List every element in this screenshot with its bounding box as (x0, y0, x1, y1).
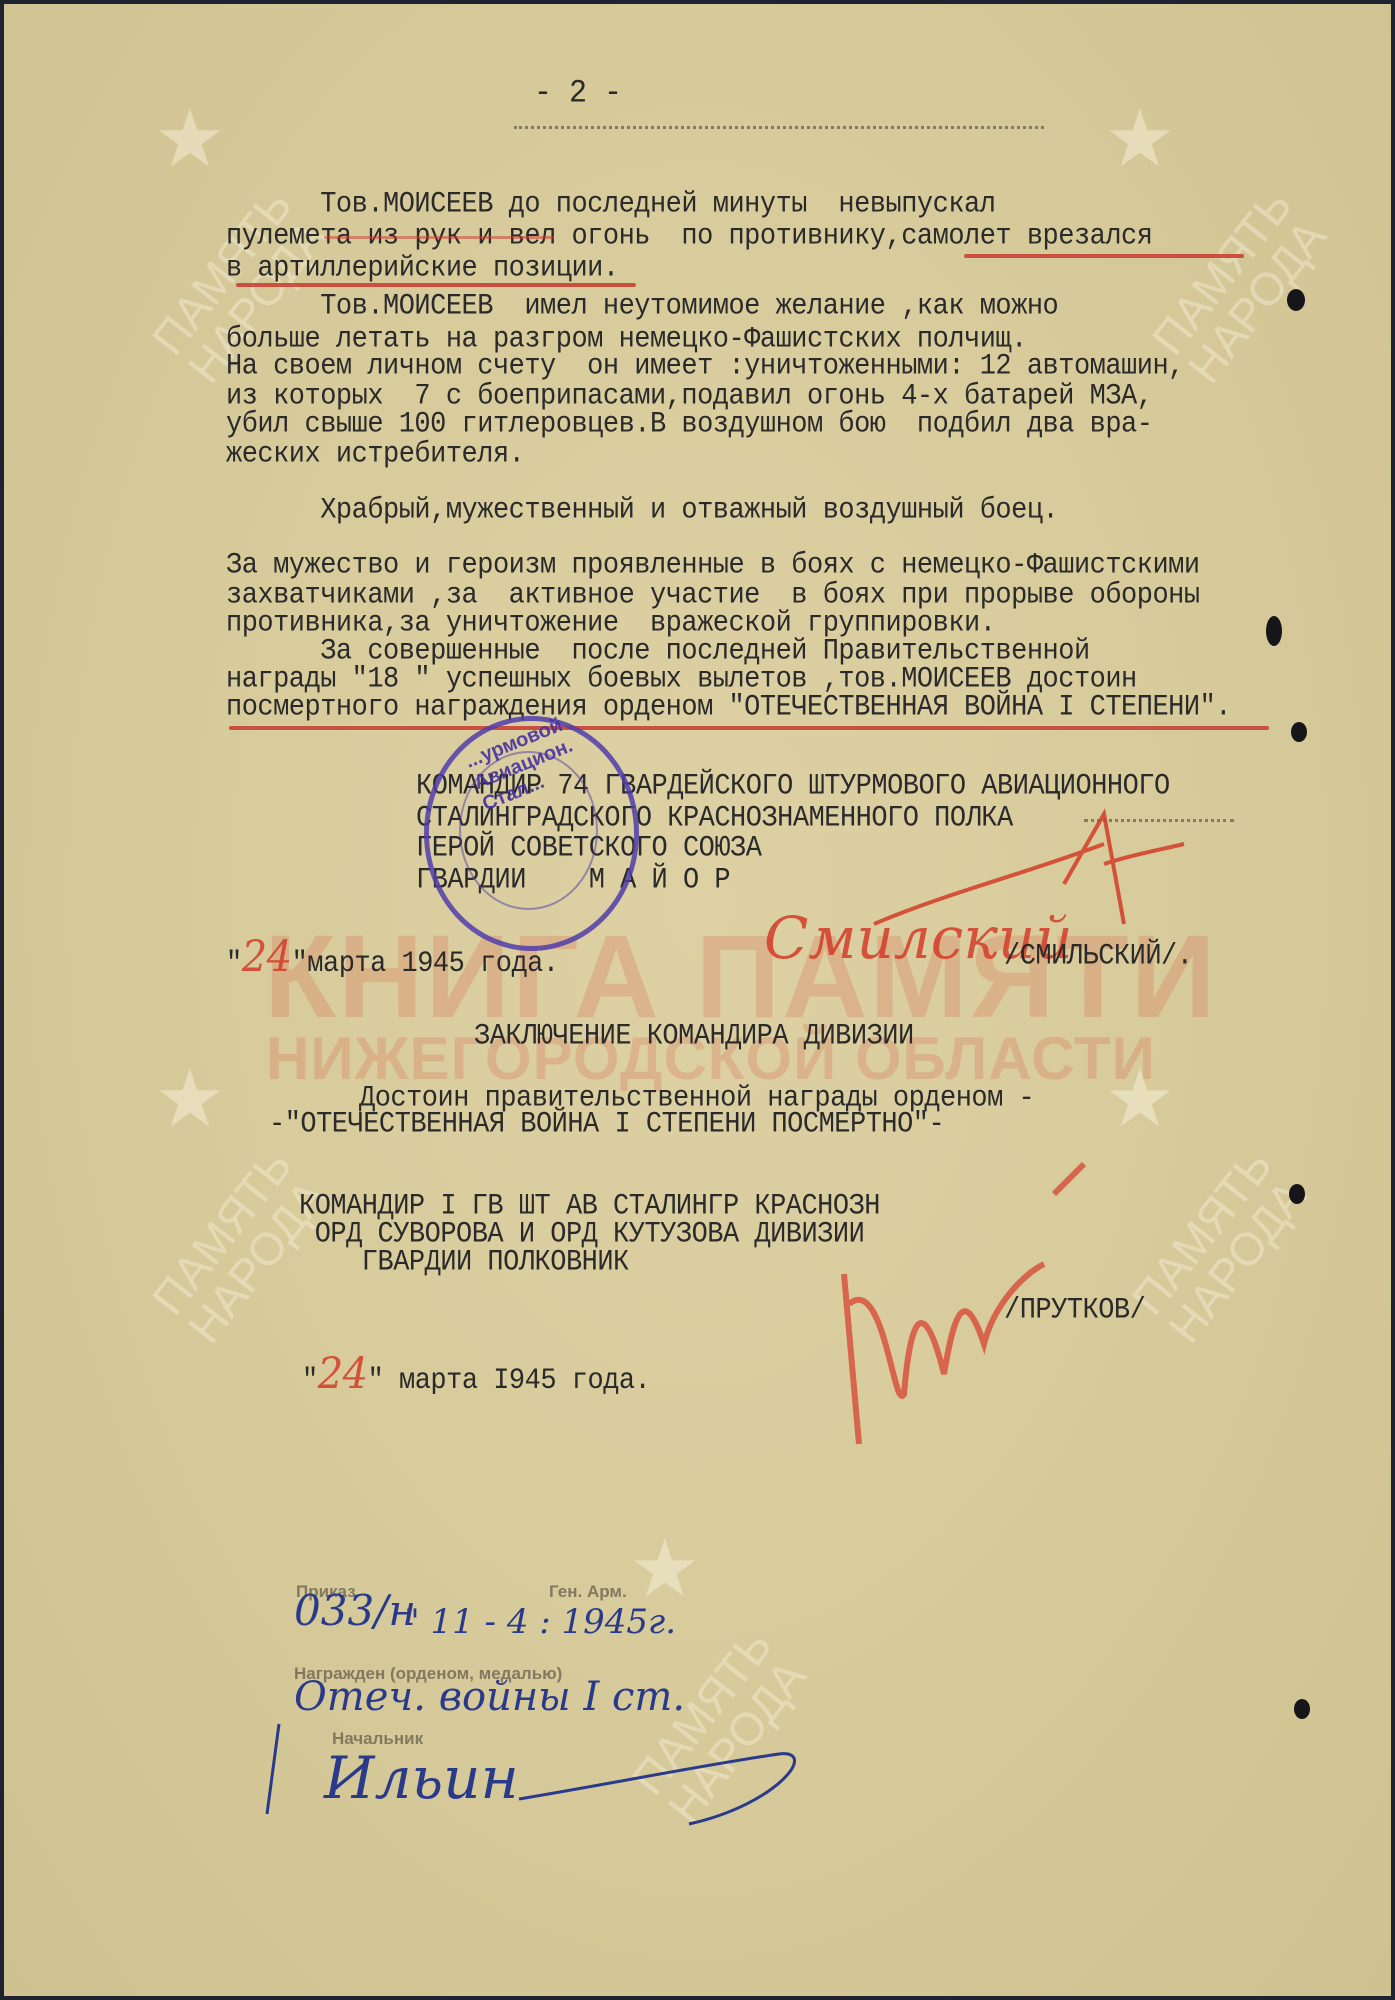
red-signature-stroke (864, 804, 1194, 944)
red-underline (236, 283, 636, 287)
text-line: в артиллерийские позиции. (226, 254, 619, 285)
order-number: 033/н (294, 1586, 416, 1635)
red-underline (964, 254, 1244, 258)
date-quote: " (226, 948, 242, 980)
army-label: Ген. Арм. (549, 1582, 627, 1602)
text-line: убил свыше 100 гитлеровцев.В воздушном б… (226, 410, 1152, 441)
handwritten-day: 24 (242, 932, 292, 982)
division-commander-rank: ГВАРДИИ ПОЛКОВНИК (299, 1248, 629, 1279)
regiment-date: "24"марта 1945 года. (226, 942, 559, 981)
ink-blot (1294, 1699, 1310, 1719)
watermark-pamyat-naroda: ПАМЯТЬ НАРОДА (1124, 1141, 1316, 1350)
regiment-seal: ...урмовой Авиацион. Стал... (424, 716, 639, 951)
division-commander-name: /ПРУТКОВ/ (1004, 1296, 1145, 1327)
date-text: "марта 1945 года. (292, 948, 559, 980)
red-underline (324, 236, 554, 239)
dotted-rule (514, 126, 1044, 129)
ink-blot (1287, 289, 1305, 311)
star-watermark-icon: ★ (629, 1534, 699, 1604)
star-watermark-icon: ★ (154, 1064, 224, 1134)
ink-blot (1266, 616, 1282, 646)
star-watermark-icon: ★ (154, 104, 224, 174)
order-date: " 11 - 4 : 1945г. (404, 1602, 676, 1642)
text-line: посмертного награждения орденом "ОТЕЧЕСТ… (226, 693, 1231, 724)
text-line: Храбрый,мужественный и отважный воздушны… (226, 496, 1058, 527)
handwritten-day: 24 (318, 1349, 368, 1399)
date-quote: " (302, 1365, 318, 1397)
star-watermark-icon: ★ (1104, 104, 1174, 174)
text-line: За мужество и героизм проявленные в боях… (226, 551, 1200, 582)
text-line: Тов.МОИСЕЕВ до последней минуты невыпуск… (226, 190, 995, 221)
text-line: На своем личном счету он имеет :уничтоже… (226, 352, 1184, 383)
division-date: "24" марта I945 года. (302, 1359, 650, 1398)
ink-blot (1289, 1184, 1305, 1204)
conclusion-title: ЗАКЛЮЧЕНИЕ КОМАНДИРА ДИВИЗИИ (474, 1022, 914, 1053)
regiment-commander-name: /СМИЛЬСКИЙ/. (1004, 942, 1192, 973)
text-line: жеских истребителя. (226, 440, 524, 471)
ink-blot (1291, 722, 1307, 742)
document-page: ★ ПАМЯТЬ НАРОДА ★ ПАМЯТЬ НАРОДА ★ ПАМЯТЬ… (4, 4, 1391, 1996)
text-line: Тов.МОИСЕЕВ имел неутомимое желание ,как… (226, 292, 1058, 323)
red-underline (229, 726, 1269, 730)
blue-signature-stroke (259, 1704, 819, 1854)
page-number: - 2 - (534, 79, 622, 110)
date-text: " марта I945 года. (368, 1365, 651, 1397)
conclusion-line: -"ОТЕЧЕСТВЕННАЯ ВОЙНА I СТЕПЕНИ ПОСМЕРТН… (269, 1110, 944, 1141)
